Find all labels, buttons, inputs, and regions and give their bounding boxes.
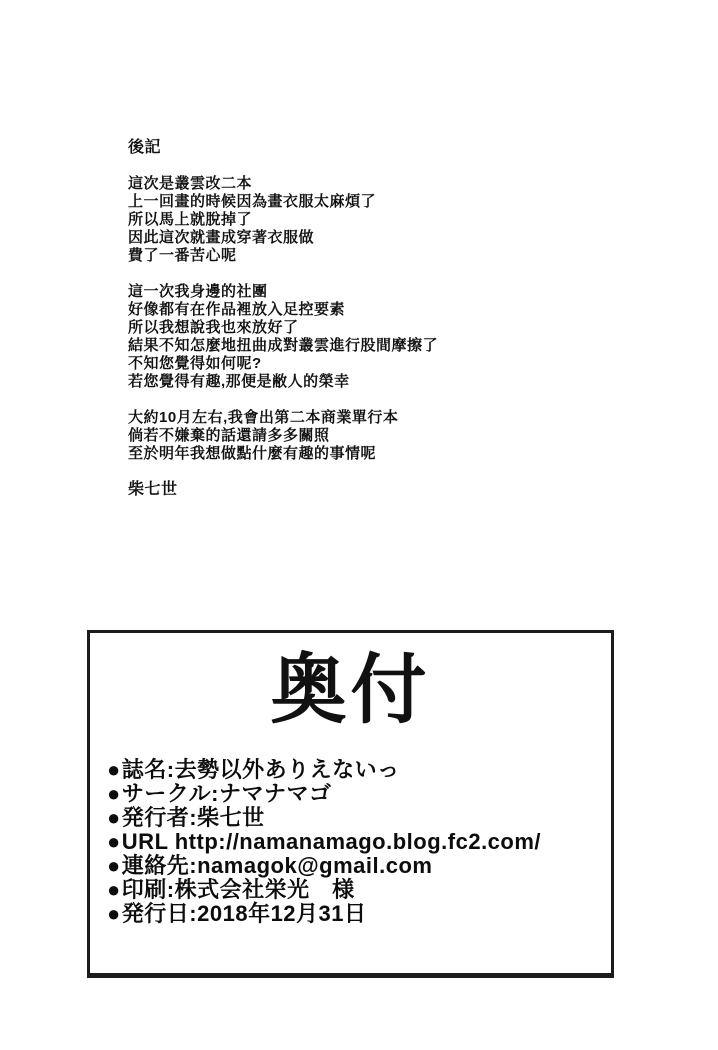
colophon-row-text: 発行日:2018年12月31日 [122,902,367,926]
colophon-row-text: 誌名:去勢以外ありえないっ [122,758,400,782]
afterword-title: 後記 [128,139,438,157]
colophon-title: 奥付 [90,643,611,738]
colophon-row-magazine-title: ● 誌名:去勢以外ありえないっ [107,758,603,782]
colophon-email-text: 連絡先:namagok@gmail.com [122,854,433,878]
afterword-paragraph-3: 大約10月左右,我會出第二本商業單行本 倘若不嫌棄的話還請多多關照 至於明年我想… [128,409,438,463]
afterword-line: 所以我想說我也來放好了 [128,319,438,337]
afterword-line: 因此這次就畫成穿著衣服做 [128,229,438,247]
bullet-circle-icon: ● [107,782,121,806]
bullet-circle-icon: ● [107,830,121,854]
author-signature: 柴七世 [128,481,438,499]
colophon-row-contact: ● 連絡先:namagok@gmail.com [107,854,603,878]
colophon-url-text: URL http://namanamago.blog.fc2.com/ [122,830,541,854]
afterword-line: 好像都有在作品裡放入足控要素 [128,301,438,319]
afterword-line: 至於明年我想做點什麼有趣的事情呢 [128,445,438,463]
colophon-box: 奥付 ● 誌名:去勢以外ありえないっ ● サークル:ナマナマゴ ● 発行者:柴七… [87,630,614,978]
colophon-row-publish-date: ● 発行日:2018年12月31日 [107,902,603,926]
colophon-row-printer: ● 印刷:株式会社栄光 様 [107,878,603,902]
bullet-circle-icon: ● [107,902,121,926]
afterword-line: 大約10月左右,我會出第二本商業單行本 [128,409,438,427]
afterword-line: 結果不知怎麼地扭曲成對叢雲進行股間摩擦了 [128,337,438,355]
afterword-paragraph-2: 這一次我身邊的社團 好像都有在作品裡放入足控要素 所以我想說我也來放好了 結果不… [128,283,438,391]
colophon-row-text: 印刷:株式会社栄光 様 [122,878,355,902]
afterword-line: 這一次我身邊的社團 [128,283,438,301]
colophon-row-url: ● URL http://namanamago.blog.fc2.com/ [107,830,603,854]
colophon-row-text: 発行者:柴七世 [122,806,265,830]
colophon-row-text: サークル:ナマナマゴ [122,782,332,806]
afterword-line: 費了一番苦心呢 [128,247,438,265]
colophon-row-circle: ● サークル:ナマナマゴ [107,782,603,806]
afterword-line: 所以馬上就脫掉了 [128,211,438,229]
afterword-line: 不知您覺得如何呢? [128,355,438,373]
bullet-circle-icon: ● [107,758,121,782]
colophon-list: ● 誌名:去勢以外ありえないっ ● サークル:ナマナマゴ ● 発行者:柴七世 ●… [90,758,611,926]
afterword-line: 上一回畫的時候因為畫衣服太麻煩了 [128,193,438,211]
afterword-paragraph-1: 這次是叢雲改二本 上一回畫的時候因為畫衣服太麻煩了 所以馬上就脫掉了 因此這次就… [128,175,438,265]
afterword-section: 後記 這次是叢雲改二本 上一回畫的時候因為畫衣服太麻煩了 所以馬上就脫掉了 因此… [128,139,438,499]
colophon-row-publisher: ● 発行者:柴七世 [107,806,603,830]
bullet-circle-icon: ● [107,806,121,830]
afterword-line: 這次是叢雲改二本 [128,175,438,193]
afterword-line: 倘若不嫌棄的話還請多多關照 [128,427,438,445]
scanned-afterword-page: 後記 這次是叢雲改二本 上一回畫的時候因為畫衣服太麻煩了 所以馬上就脫掉了 因此… [0,0,718,1050]
bullet-circle-icon: ● [107,854,121,878]
afterword-line: 若您覺得有趣,那便是敝人的榮幸 [128,373,438,391]
bullet-circle-icon: ● [107,878,121,902]
